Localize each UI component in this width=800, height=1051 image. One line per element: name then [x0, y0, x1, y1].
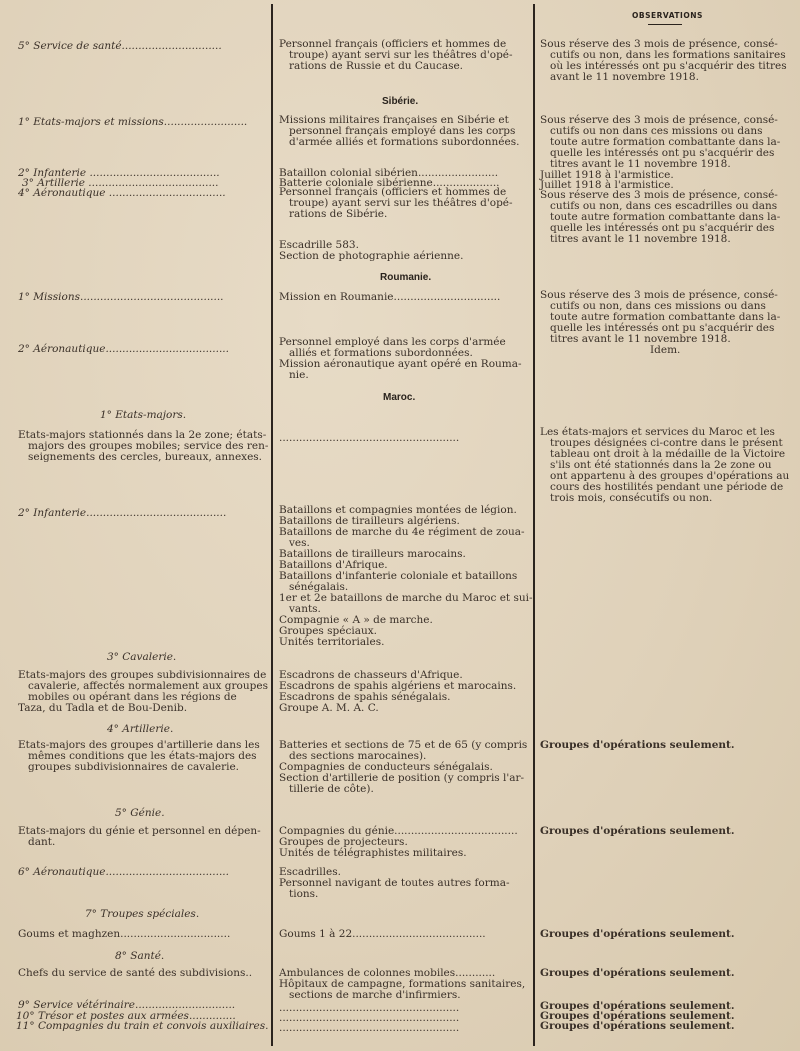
- entry-label: Goums et maghzen........................…: [18, 929, 230, 940]
- entry-label: 2° Infanterie...........................…: [18, 508, 226, 519]
- entry-units: Personnel français (officiers et hommes …: [279, 39, 513, 72]
- section-title-roumanie: Roumanie.: [380, 272, 431, 283]
- entry-units: Escadrons de chasseurs d'Afrique.Escadro…: [279, 670, 516, 714]
- entry-label: Etats-majors des groupes subdivisionnair…: [18, 670, 268, 714]
- entry-label: Etats-majors des groupes d'artillerie da…: [18, 740, 260, 773]
- entry-units: Escadrilles.Personnel navigant de toutes…: [279, 867, 510, 900]
- entry-observation: Groupes d'opérations seulement.: [540, 968, 735, 979]
- entry-observation: Groupes d'opérations seulement.: [540, 740, 735, 751]
- header-underline: [648, 24, 682, 25]
- entry-observation: Les états-majors et services du Maroc et…: [540, 427, 789, 504]
- section-title-siberie: Sibérie.: [382, 96, 418, 107]
- entry-observation: Sous réserve des 3 mois de présence, con…: [540, 39, 787, 83]
- entry-label: Etats-majors stationnés dans la 2e zone;…: [18, 430, 268, 463]
- subsection-title: 7° Troupes spéciales.: [85, 909, 199, 920]
- entry-label: 11° Compagnies du train et convois auxil…: [16, 1021, 268, 1032]
- subsection-title: 8° Santé.: [115, 951, 164, 962]
- entry-units: Bataillons et compagnies montées de légi…: [279, 505, 533, 648]
- entry-label: 4° Aéronautique ........................…: [18, 188, 226, 199]
- section-title-maroc: Maroc.: [383, 392, 415, 403]
- subsection-title: 1° Etats-majors.: [100, 410, 186, 421]
- entry-units: Missions militaires françaises en Sibéri…: [279, 115, 519, 148]
- entry-units: Batteries et sections de 75 et de 65 (y …: [279, 740, 527, 795]
- subsection-title: 4° Artillerie.: [107, 724, 173, 735]
- entry-units: Ambulances de colonnes mobiles..........…: [279, 968, 525, 1001]
- entry-label: 5° Service de santé.....................…: [18, 41, 222, 52]
- entry-label: 1° Etats-majors et missions.............…: [18, 117, 247, 128]
- entry-units-extra: Escadrille 583.Section de photographie a…: [279, 240, 463, 262]
- entry-units: Mission en Roumanie.....................…: [279, 292, 500, 303]
- entry-observation: Groupes d'opérations seulement.: [540, 1021, 735, 1032]
- entry-label: 1° Missions.............................…: [18, 292, 224, 303]
- entry-label: 2° Aéronautique.........................…: [18, 344, 229, 355]
- subsection-title: 5° Génie.: [115, 808, 165, 819]
- observations-header: OBSERVATIONS: [632, 11, 703, 20]
- entry-observation: Idem.: [650, 345, 680, 356]
- column-rule-left: [271, 4, 273, 1046]
- entry-units: Compagnies du génie.....................…: [279, 826, 518, 859]
- entry-observation: Groupes d'opérations seulement.: [540, 826, 735, 837]
- entry-label: 6° Aéronautique.........................…: [18, 867, 229, 878]
- document-page: OBSERVATIONS 5° Service de santé........…: [0, 0, 800, 1051]
- entry-units: Personnel employé dans les corps d'armée…: [279, 337, 522, 381]
- entry-observation: Groupes d'opérations seulement.: [540, 929, 735, 940]
- entry-label: Chefs du service de santé des subdivisio…: [18, 968, 252, 979]
- entry-units: ........................................…: [279, 1023, 459, 1034]
- entry-label: Etats-majors du génie et personnel en dé…: [18, 826, 261, 848]
- entry-units: ........................................…: [279, 433, 459, 444]
- column-rule-right: [533, 4, 535, 1046]
- entry-observation: Sous réserve des 3 mois de présence, con…: [540, 115, 780, 170]
- subsection-title: 3° Cavalerie.: [107, 652, 176, 663]
- entry-observation: Sous réserve des 3 mois de présence, con…: [540, 290, 780, 345]
- entry-units: Goums 1 à 22............................…: [279, 929, 486, 940]
- entry-units: Personnel français (officiers et hommes …: [279, 187, 513, 220]
- entry-observation: Sous réserve des 3 mois de présence, con…: [540, 190, 780, 245]
